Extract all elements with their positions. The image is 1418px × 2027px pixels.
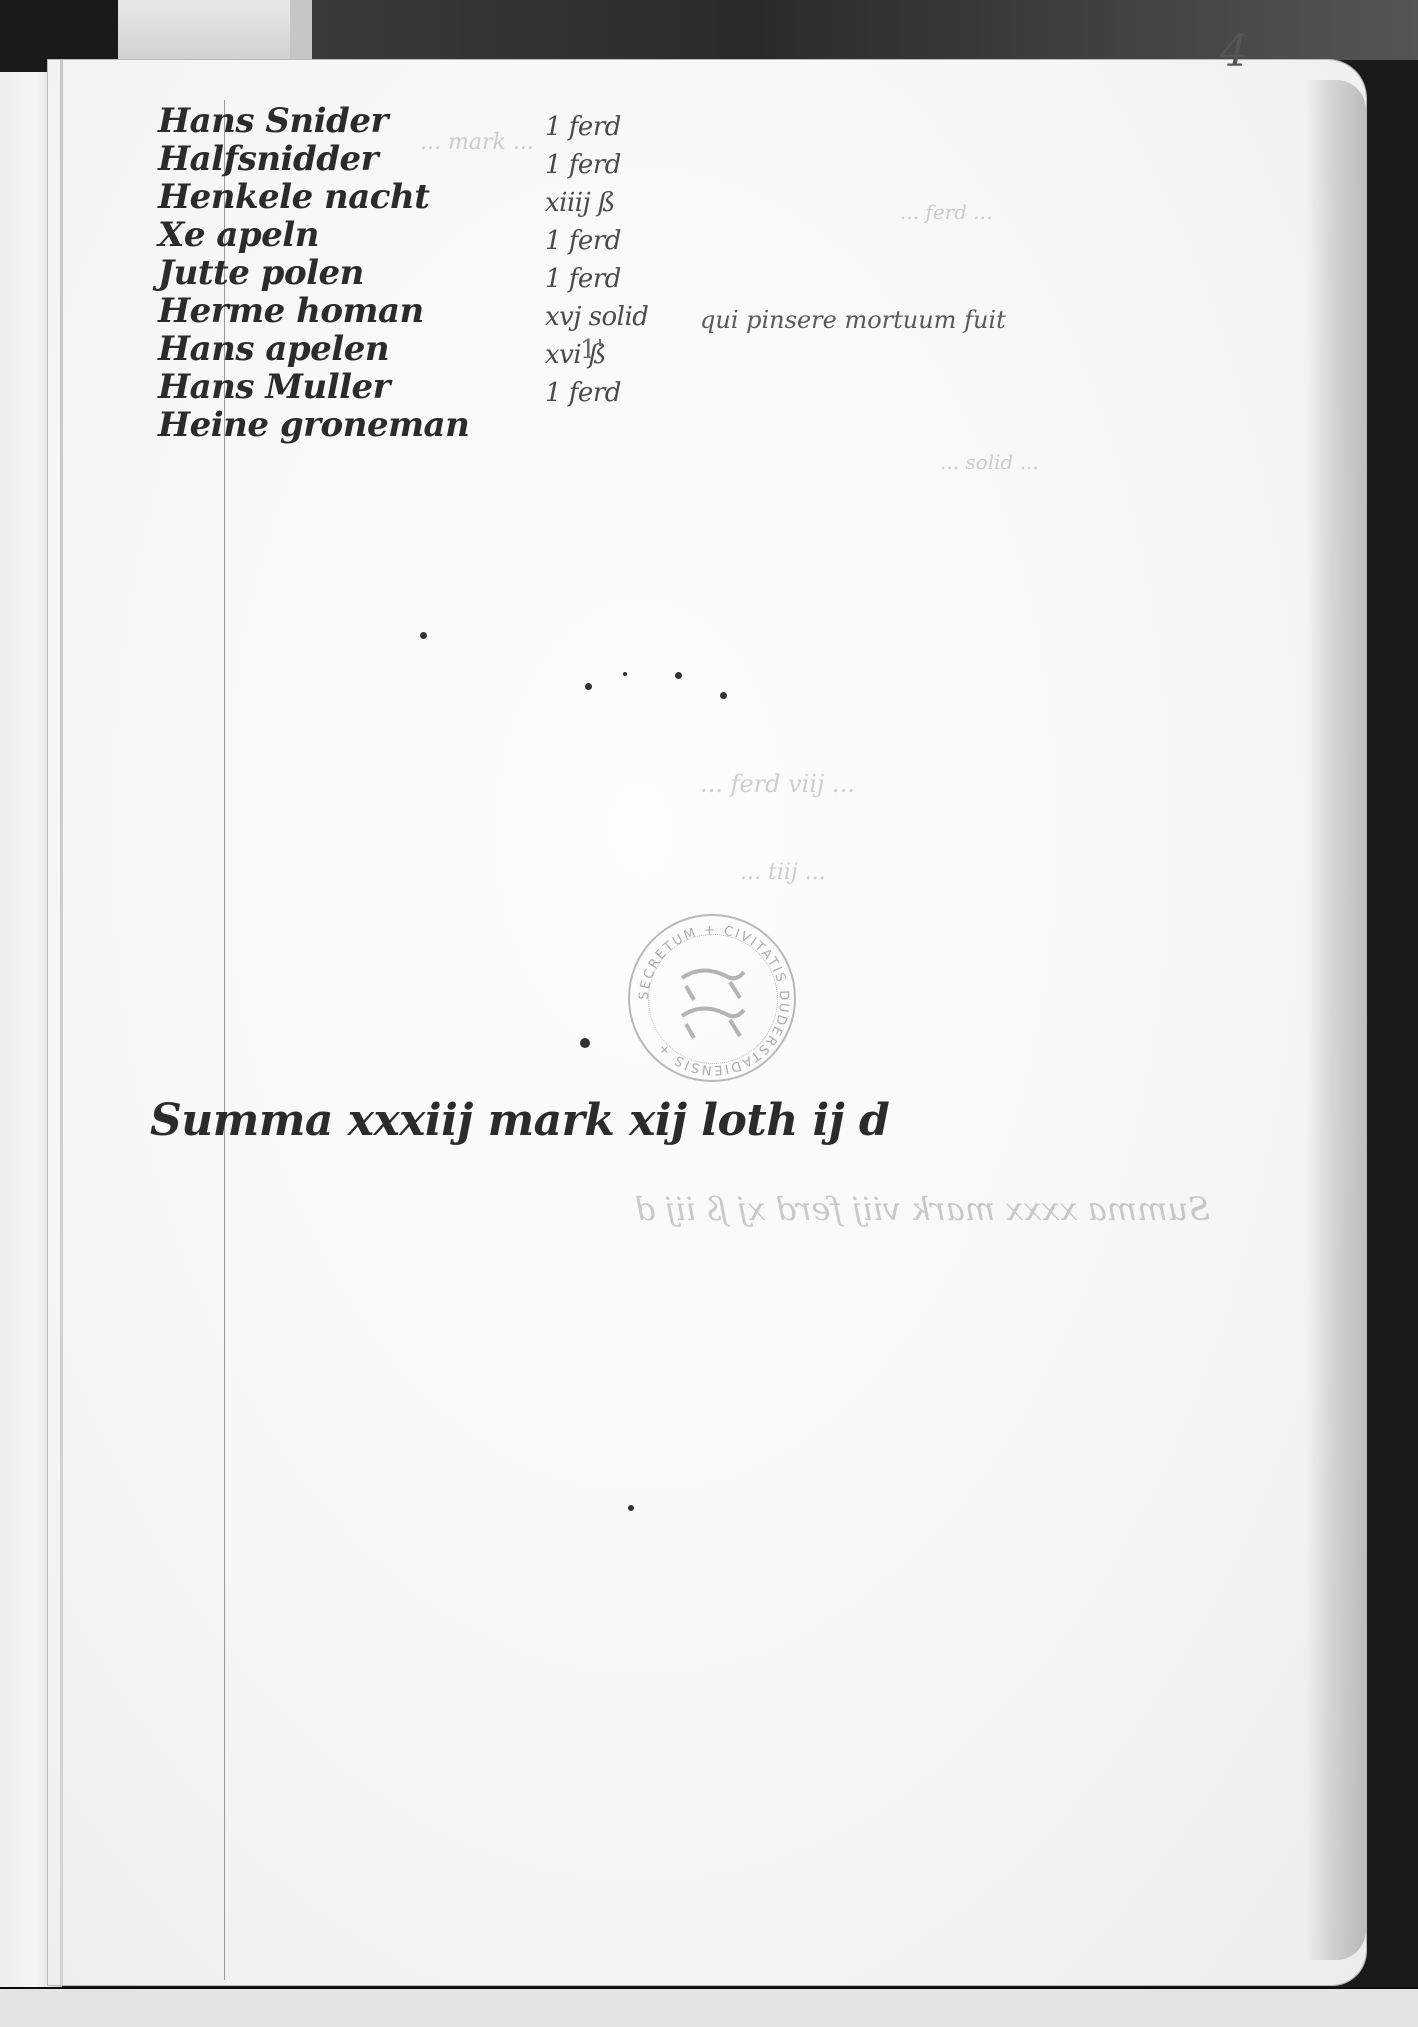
ledger-name: Henkele nacht bbox=[158, 178, 469, 216]
ledger-amount: 1 ferd bbox=[545, 146, 648, 184]
gutter-fold bbox=[60, 60, 63, 1985]
ink-dot bbox=[623, 672, 627, 676]
ledger-amounts-column: 1 ferd 1 ferd xiiij ß 1 ferd 1 ferd xvj … bbox=[545, 108, 648, 412]
scan-background-board bbox=[0, 1987, 1418, 2027]
ledger-amount: 1 ferd bbox=[545, 260, 648, 298]
ledger-name: Hans Snider bbox=[158, 102, 469, 140]
ink-dot bbox=[675, 672, 682, 679]
page-edge-shadow bbox=[1306, 80, 1366, 1960]
bleed-through-text: ... ferd viij ... bbox=[700, 770, 855, 798]
archive-seal-stamp: SECRETUM + CIVITATIS DUDERSTADIENSIS + bbox=[628, 914, 796, 1082]
ledger-name: Hans apelen bbox=[158, 330, 469, 368]
scan-background-strip bbox=[290, 0, 312, 60]
ink-dot bbox=[720, 692, 727, 699]
ledger-amount: 1 ferd bbox=[545, 108, 648, 146]
ledger-name: Hans Muller bbox=[158, 368, 469, 406]
bleed-through-text: ... tiij ... bbox=[740, 860, 826, 885]
ink-dot bbox=[628, 1505, 634, 1511]
ledger-amount: xiiij ß bbox=[545, 184, 648, 222]
ledger-annotation: qui pinsere mortuum fuit bbox=[700, 306, 1006, 334]
total-sum-line: Summa xxxiij mark xij loth ij d bbox=[150, 1095, 889, 1146]
ledger-amount: xvj solid bbox=[545, 298, 648, 336]
ledger-name: Heine groneman bbox=[158, 406, 469, 444]
ledger-name: Halfsnidder bbox=[158, 140, 469, 178]
scan-background-dark bbox=[312, 0, 1418, 60]
ink-dot bbox=[420, 632, 427, 639]
folio-number: 4 bbox=[1220, 26, 1248, 77]
ledger-names-column: Hans Snider Halfsnidder Henkele nacht Xe… bbox=[158, 102, 469, 444]
bleed-through-text: ... solid ... bbox=[940, 450, 1039, 474]
ledger-name: Jutte polen bbox=[158, 254, 469, 292]
ink-dot bbox=[580, 1038, 590, 1048]
scan-background-strip bbox=[118, 0, 290, 66]
svg-text:SECRETUM + CIVITATIS DUDERSTAD: SECRETUM + CIVITATIS DUDERSTADIENSIS + bbox=[637, 923, 791, 1077]
lion-seal-icon: SECRETUM + CIVITATIS DUDERSTADIENSIS + bbox=[630, 916, 798, 1084]
ledger-name: Herme homan bbox=[158, 292, 469, 330]
mirrored-bleed-through-line: Summa xxxx mark viij ferd xj ß iij d bbox=[635, 1190, 1210, 1228]
ledger-name: Xe apeln bbox=[158, 216, 469, 254]
ledger-amount: 1 ferd bbox=[545, 222, 648, 260]
marginal-mark: 1' bbox=[580, 335, 604, 365]
ledger-amount: 1 ferd bbox=[545, 374, 648, 412]
bleed-through-text: ... ferd ... bbox=[900, 200, 992, 224]
ink-dot bbox=[585, 683, 592, 690]
